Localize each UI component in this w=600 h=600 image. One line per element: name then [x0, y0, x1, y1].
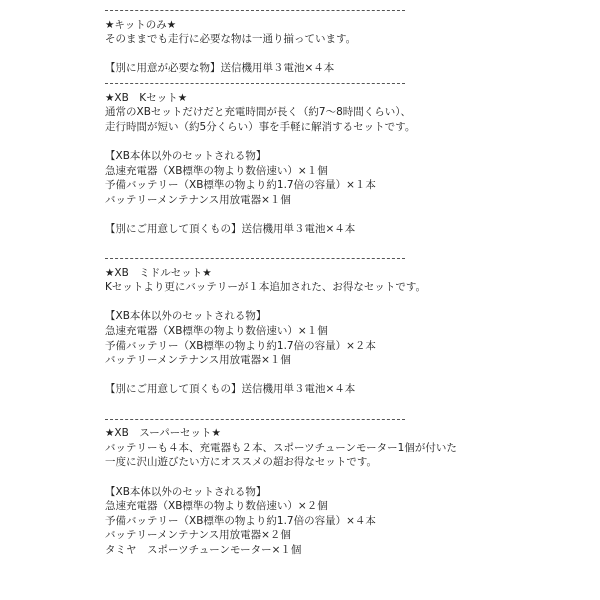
- section-divider: [105, 251, 435, 266]
- spacer: [105, 470, 435, 485]
- included-item: バッテリーメンテナンス用放電器×２個: [105, 528, 435, 543]
- section-divider: [105, 3, 435, 18]
- section-divider: [105, 76, 435, 91]
- spacer: [105, 368, 435, 383]
- included-item: 急速充電器（XB標準の物より数倍速い）×２個: [105, 499, 435, 514]
- spacer: [105, 47, 435, 62]
- included-item: タミヤ スポーツチューンモーター×１個: [105, 543, 435, 558]
- section-description: 一度に沢山遊びたい方にオススメの超お得なセットです。: [105, 455, 435, 470]
- section-description: 走行時間が短い（約5分くらい）事を手軽に解消するセットです。: [105, 120, 435, 135]
- section-title: ★XB Kセット★: [105, 91, 435, 106]
- spacer: [105, 237, 435, 252]
- section-divider: [105, 412, 435, 427]
- section-title: ★XB スーパーセット★: [105, 426, 435, 441]
- included-item: 予備バッテリー（XB標準の物より約1.7倍の容量）×４本: [105, 514, 435, 529]
- included-heading: 【XB本体以外のセットされる物】: [105, 485, 435, 500]
- section-description: そのままでも走行に必要な物は一通り揃っています。: [105, 32, 435, 47]
- included-item: 予備バッテリー（XB標準の物より約1.7倍の容量）×１本: [105, 178, 435, 193]
- included-item: バッテリーメンテナンス用放電器×１個: [105, 193, 435, 208]
- spacer: [105, 134, 435, 149]
- included-item: バッテリーメンテナンス用放電器×１個: [105, 353, 435, 368]
- section-description: バッテリーも４本、充電器も２本、スポーツチューンモーター1個が付いた: [105, 441, 435, 456]
- section-description: Kセットより更にバッテリーが１本追加された、お得なセットです。: [105, 280, 435, 295]
- section-title: ★キットのみ★: [105, 18, 435, 33]
- included-heading: 【XB本体以外のセットされる物】: [105, 149, 435, 164]
- spacer: [105, 295, 435, 310]
- required-note: 【別にご用意して頂くもの】送信機用単３電池×４本: [105, 382, 435, 397]
- section-description: 通常のXBセットだけだと充電時間が長く（約7～8時間くらい）、: [105, 105, 435, 120]
- required-note: 【別にご用意して頂くもの】送信機用単３電池×４本: [105, 222, 435, 237]
- required-note: 【別に用意が必要な物】送信機用単３電池×４本: [105, 61, 435, 76]
- included-heading: 【XB本体以外のセットされる物】: [105, 309, 435, 324]
- product-set-description: ★キットのみ★ そのままでも走行に必要な物は一通り揃っています。 【別に用意が必…: [105, 3, 435, 558]
- included-item: 急速充電器（XB標準の物より数倍速い）×１個: [105, 324, 435, 339]
- section-title: ★XB ミドルセット★: [105, 266, 435, 281]
- spacer: [105, 207, 435, 222]
- included-item: 予備バッテリー（XB標準の物より約1.7倍の容量）×２本: [105, 339, 435, 354]
- spacer: [105, 397, 435, 412]
- included-item: 急速充電器（XB標準の物より数倍速い）×１個: [105, 164, 435, 179]
